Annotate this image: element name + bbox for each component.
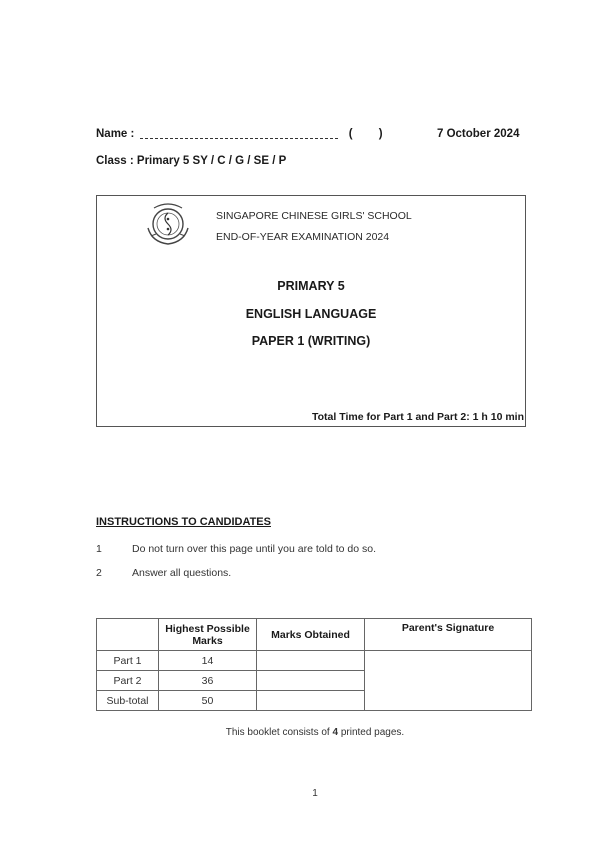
header-marks-obtained: Marks Obtained (257, 619, 365, 651)
name-label: Name : (96, 128, 134, 140)
highest-marks: 14 (159, 651, 257, 671)
exam-name: END-OF-YEAR EXAMINATION 2024 (216, 231, 389, 243)
class-row: Class : Primary 5 SY / C / G / SE / P (96, 155, 286, 167)
instruction-item: 1Do not turn over this page until you ar… (96, 543, 376, 555)
marks-table: Highest Possible Marks Marks Obtained Pa… (96, 618, 532, 711)
table-header-row: Highest Possible Marks Marks Obtained Pa… (97, 619, 532, 651)
paper-title: PAPER 1 (WRITING) (96, 334, 526, 348)
marks-obtained-field[interactable] (257, 651, 365, 671)
page-number: 1 (0, 788, 600, 799)
booklet-note: This booklet consists of 4 printed pages… (0, 727, 600, 738)
instruction-item: 2Answer all questions. (96, 567, 231, 579)
highest-marks: 36 (159, 671, 257, 691)
register-number-field[interactable]: ( (349, 128, 379, 140)
highest-marks: 50 (159, 691, 257, 711)
marks-obtained-field[interactable] (257, 671, 365, 691)
row-label: Sub-total (97, 691, 159, 711)
total-time: Total Time for Part 1 and Part 2: 1 h 10… (312, 411, 524, 423)
marks-obtained-field[interactable] (257, 691, 365, 711)
table-row: Part 1 14 (97, 651, 532, 671)
instructions-heading: INSTRUCTIONS TO CANDIDATES (96, 516, 271, 528)
subject-title: ENGLISH LANGUAGE (96, 307, 526, 321)
row-label: Part 2 (97, 671, 159, 691)
header-parent-signature: Parent's Signature (365, 619, 532, 651)
register-number-close: ) (379, 128, 383, 140)
name-field[interactable] (140, 128, 338, 139)
header-highest-marks: Highest Possible Marks (159, 619, 257, 651)
header-blank (97, 619, 159, 651)
school-name: SINGAPORE CHINESE GIRLS' SCHOOL (216, 210, 412, 222)
level-title: PRIMARY 5 (96, 279, 526, 293)
row-label: Part 1 (97, 651, 159, 671)
name-row: Name : () (96, 128, 383, 140)
school-crest-icon (142, 198, 194, 248)
exam-date: 7 October 2024 (437, 128, 519, 140)
parent-signature-field[interactable] (365, 651, 532, 711)
